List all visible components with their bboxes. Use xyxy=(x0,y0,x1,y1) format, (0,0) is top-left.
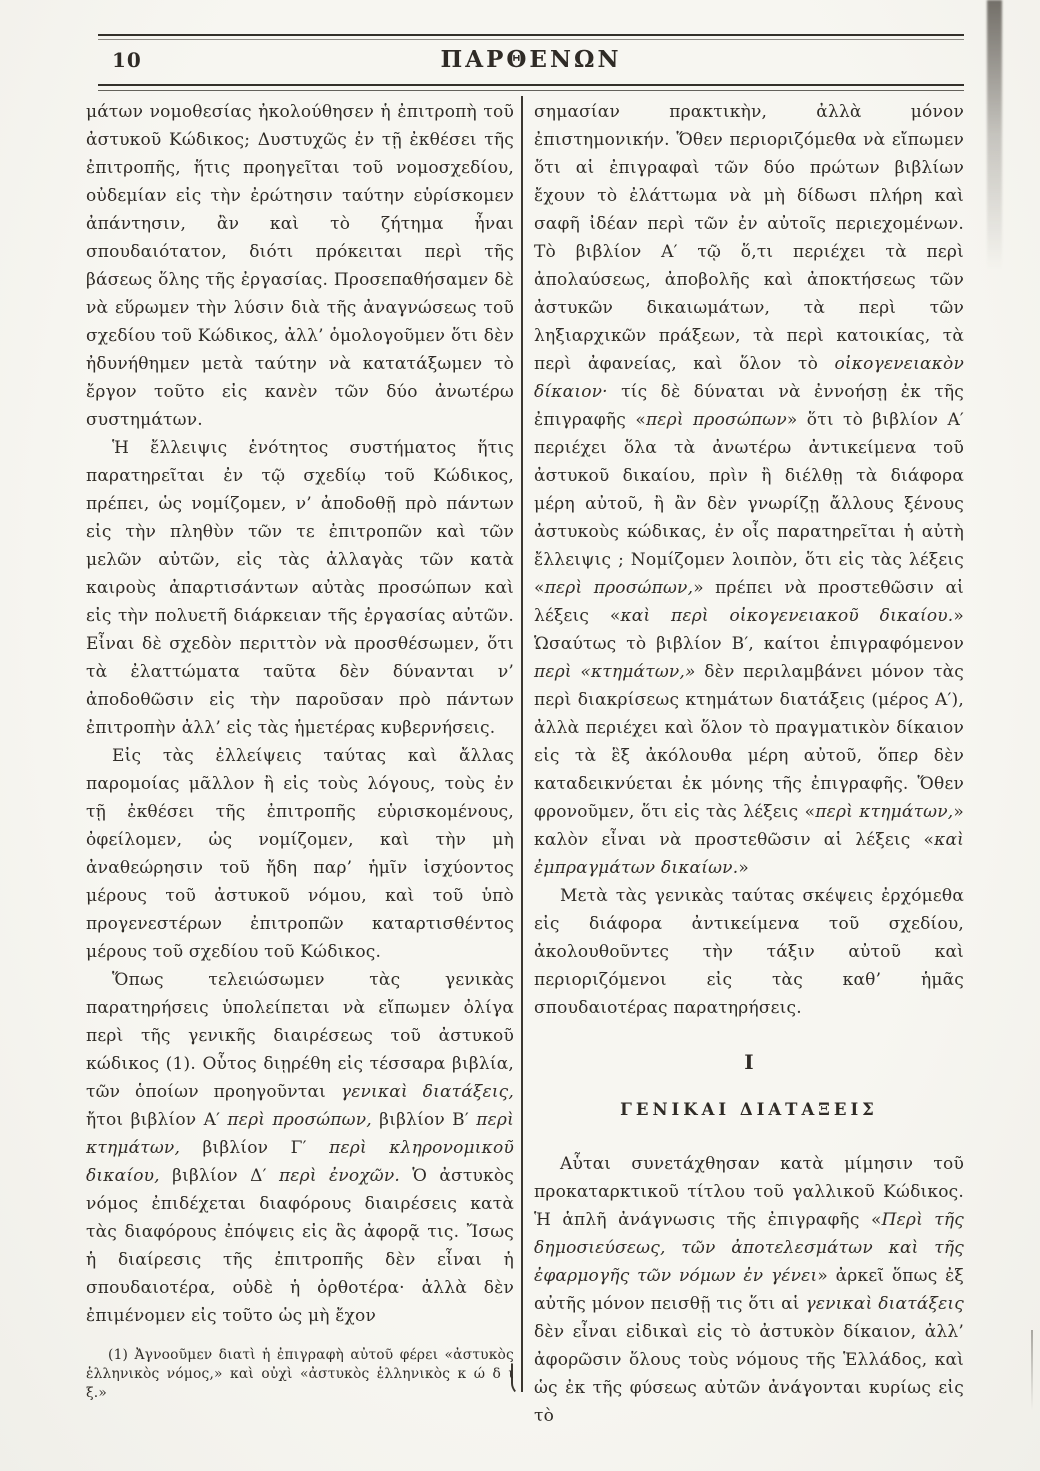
section-number: I xyxy=(534,1048,964,1076)
body-text: Μετὰ τὰς γενικὰς ταύτας σκέψεις ἐρχόμεθα… xyxy=(534,886,964,1018)
section-title: ΓΕΝΙΚΑΙ ΔΙΑΤΑΞΕΙΣ xyxy=(534,1096,964,1124)
italic-text: γενικαὶ διατάξεις xyxy=(805,1294,964,1314)
column-divider xyxy=(521,96,523,1392)
body-text: Ἡ ἔλλειψις ἑνότητος συστήματος ἥτις παρα… xyxy=(86,438,514,738)
italic-text: περὶ προσώπων, xyxy=(227,1110,371,1130)
paragraph: μάτων νομοθεσίας ἠκολούθησεν ἡ ἐπιτροπὴ … xyxy=(86,98,514,434)
scanned-book-page: 10 ΠΑΡΘΕΝΩΝ μάτων νομοθεσίας ἠκολούθησεν… xyxy=(0,0,1040,1471)
body-text: μάτων νομοθεσίας ἠκολούθησεν ἡ ἐπιτροπὴ … xyxy=(86,102,514,430)
body-text: Ὁ ἀστυκὸς νόμος ἐπιδέχεται διαφόρους δια… xyxy=(86,1166,514,1326)
italic-text: περὶ κτημάτων, xyxy=(815,802,953,822)
left-column: μάτων νομοθεσίας ἠκολούθησεν ἡ ἐπιτροπὴ … xyxy=(86,98,514,1403)
top-rule xyxy=(98,34,964,40)
right-column: σημασίαν πρακτικὴν, ἀλλὰ μόνον ἐπιστημον… xyxy=(534,98,964,1430)
header-rule xyxy=(98,84,964,91)
body-text: » ὅτι τὸ βιβλίον Α′ περιέχει ὅλα τὰ ἀνωτ… xyxy=(534,410,964,598)
scan-edge-shadow xyxy=(987,0,1002,300)
journal-title: ΠΑΡΘΕΝΩΝ xyxy=(98,46,964,73)
paragraph: Μετὰ τὰς γενικὰς ταύτας σκέψεις ἐρχόμεθα… xyxy=(534,882,964,1022)
paragraph: Ἡ ἔλλειψις ἑνότητος συστήματος ἥτις παρα… xyxy=(86,434,514,742)
scan-edge-line xyxy=(1031,1330,1033,1410)
body-text: (1) Ἀγνοοῦμεν διατὶ ἡ ἐπιγραφὴ αὐτοῦ φέρ… xyxy=(86,1347,514,1401)
body-text: δὲν εἶναι εἰδικαὶ εἰς τὸ ἀστυκὸν δίκαιον… xyxy=(534,1322,964,1426)
paragraph: Εἰς τὰς ἐλλείψεις ταύτας καὶ ἄλλας παρομ… xyxy=(86,742,514,966)
body-text: Εἰς τὰς ἐλλείψεις ταύτας καὶ ἄλλας παρομ… xyxy=(86,746,514,962)
paragraph: Ὅπως τελειώσωμεν τὰς γενικὰς παρατηρήσει… xyxy=(86,966,514,1330)
italic-text: γενικαὶ διατάξεις, xyxy=(341,1082,514,1102)
italic-text: περὶ «κτημάτων,» xyxy=(534,662,696,682)
body-text: ἤτοι βιβλίον Α′ xyxy=(86,1110,227,1130)
italic-text: περὶ προσώπων, xyxy=(545,578,694,598)
italic-text: περὶ προσώπων xyxy=(646,410,787,430)
footnote: (1) Ἀγνοοῦμεν διατὶ ἡ ἐπιγραφὴ αὐτοῦ φέρ… xyxy=(86,1346,514,1403)
italic-text: περὶ ἐνοχῶν. xyxy=(279,1166,400,1186)
paragraph: Αὗται συνετάχθησαν κατὰ μίμησιν τοῦ προκ… xyxy=(534,1150,964,1430)
body-text: σημασίαν πρακτικὴν, ἀλλὰ μόνον ἐπιστημον… xyxy=(534,102,964,374)
italic-text: καὶ περὶ οἰκογενειακοῦ δικαίου. xyxy=(620,606,953,626)
body-text: » xyxy=(738,858,749,878)
body-text: βιβλίον Β′ xyxy=(372,1110,476,1130)
body-text: δὲν περιλαμβάνει μόνον τὰς περὶ διακρίσε… xyxy=(534,662,964,822)
body-text: βιβλίον Γ′ xyxy=(180,1138,329,1158)
body-text: βιβλίον Δ′ xyxy=(160,1166,279,1186)
paragraph: σημασίαν πρακτικὴν, ἀλλὰ μόνον ἐπιστημον… xyxy=(534,98,964,882)
